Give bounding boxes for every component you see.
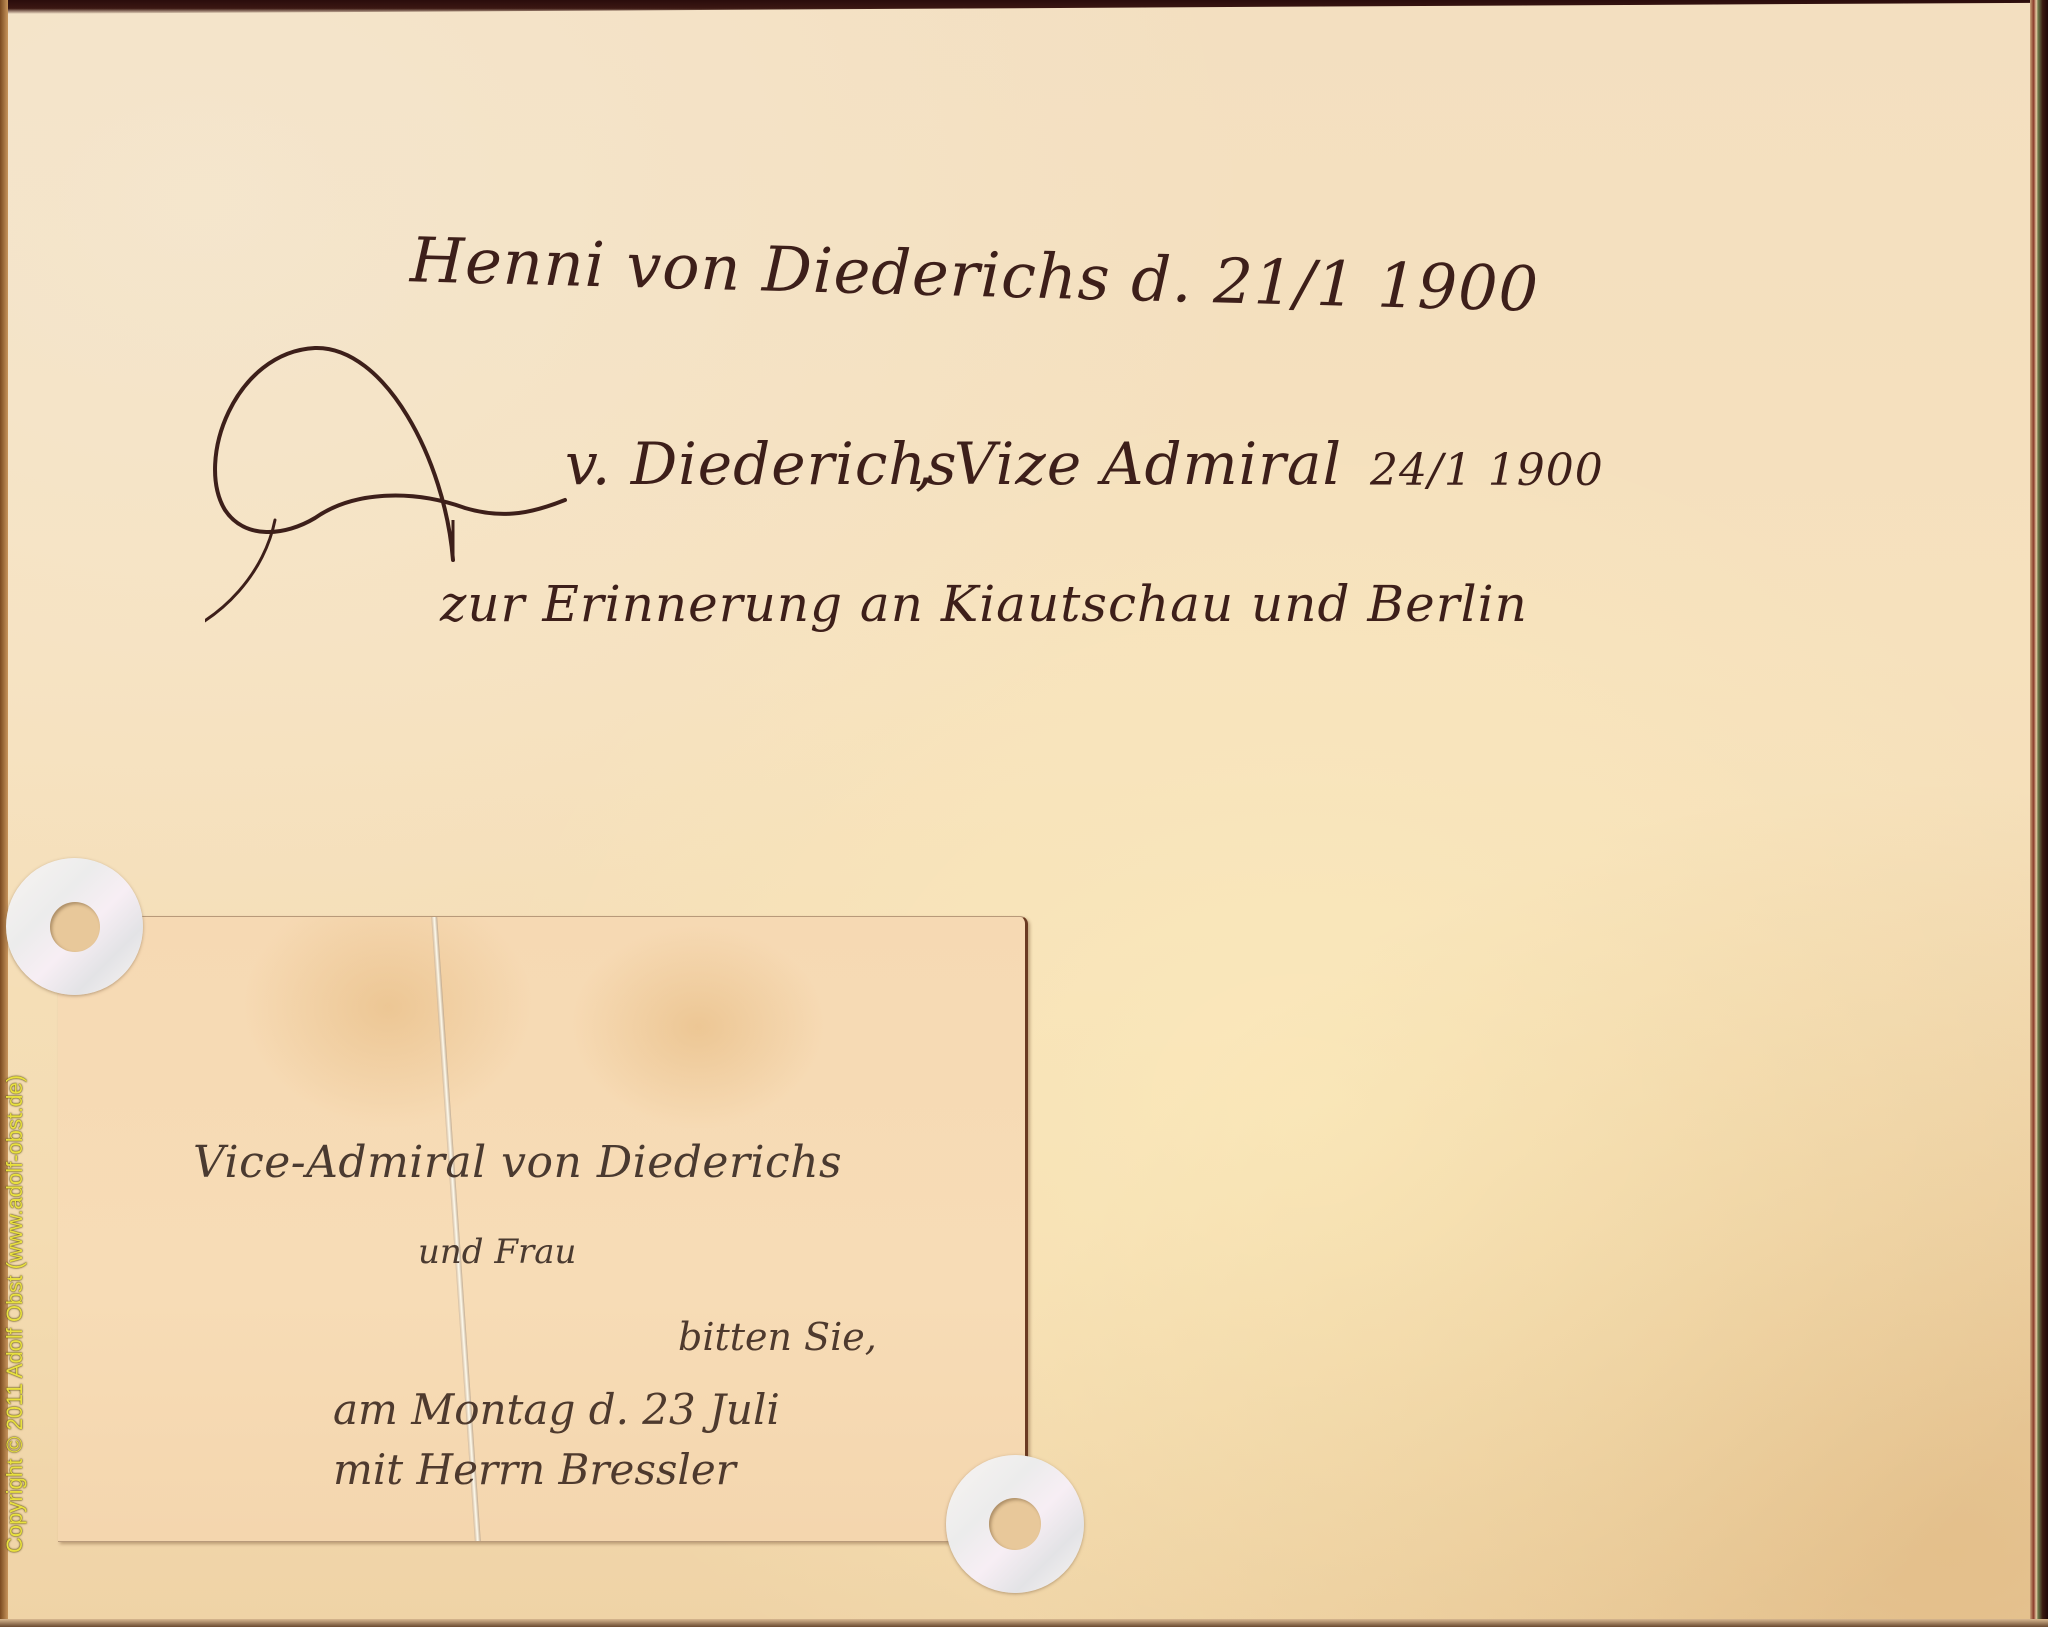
signature-date: 24/1 1900 bbox=[1370, 445, 1604, 496]
card-printed-frau: und Frau bbox=[418, 1232, 576, 1272]
washer-hole bbox=[50, 902, 100, 952]
mounting-washer-icon bbox=[6, 858, 143, 995]
top-page-edge bbox=[0, 0, 2048, 14]
signature-flourish-icon bbox=[205, 340, 1605, 690]
signature-block: v. Diederichs , Vize Admiral 24/1 1900 bbox=[205, 340, 1605, 690]
card-printed-name: Vice-Admiral von Diederichs bbox=[193, 1137, 842, 1188]
card-handwritten-line: bitten Sie, bbox=[678, 1315, 877, 1359]
card-handwritten-line: mit Herrn Bressler bbox=[333, 1445, 736, 1494]
signature-name: v. Diederichs bbox=[565, 430, 957, 498]
mounting-washer-icon bbox=[946, 1455, 1084, 1593]
inscription-dedication: zur Erinnerung an Kiautschau und Berlin bbox=[440, 575, 1528, 633]
signature-rank: , Vize Admiral bbox=[915, 430, 1342, 498]
right-binding-edge bbox=[2030, 0, 2048, 1627]
calling-card: Vice-Admiral von Diederichs und Frau bit… bbox=[58, 916, 1028, 1542]
copyright-watermark: Copyright © 2011 Adolf Obst (www.adolf-o… bbox=[0, 1000, 30, 1627]
bottom-page-edge bbox=[0, 1619, 2048, 1627]
card-handwritten-line: am Montag d. 23 Juli bbox=[333, 1385, 780, 1434]
inscription-line-henni: Henni von Diederichs d. 21/1 1900 bbox=[409, 223, 1540, 326]
copyright-text: Copyright © 2011 Adolf Obst (www.adolf-o… bbox=[2, 1074, 28, 1552]
album-page: Henni von Diederichs d. 21/1 1900 v. Die… bbox=[0, 0, 2048, 1627]
washer-hole bbox=[989, 1498, 1041, 1550]
